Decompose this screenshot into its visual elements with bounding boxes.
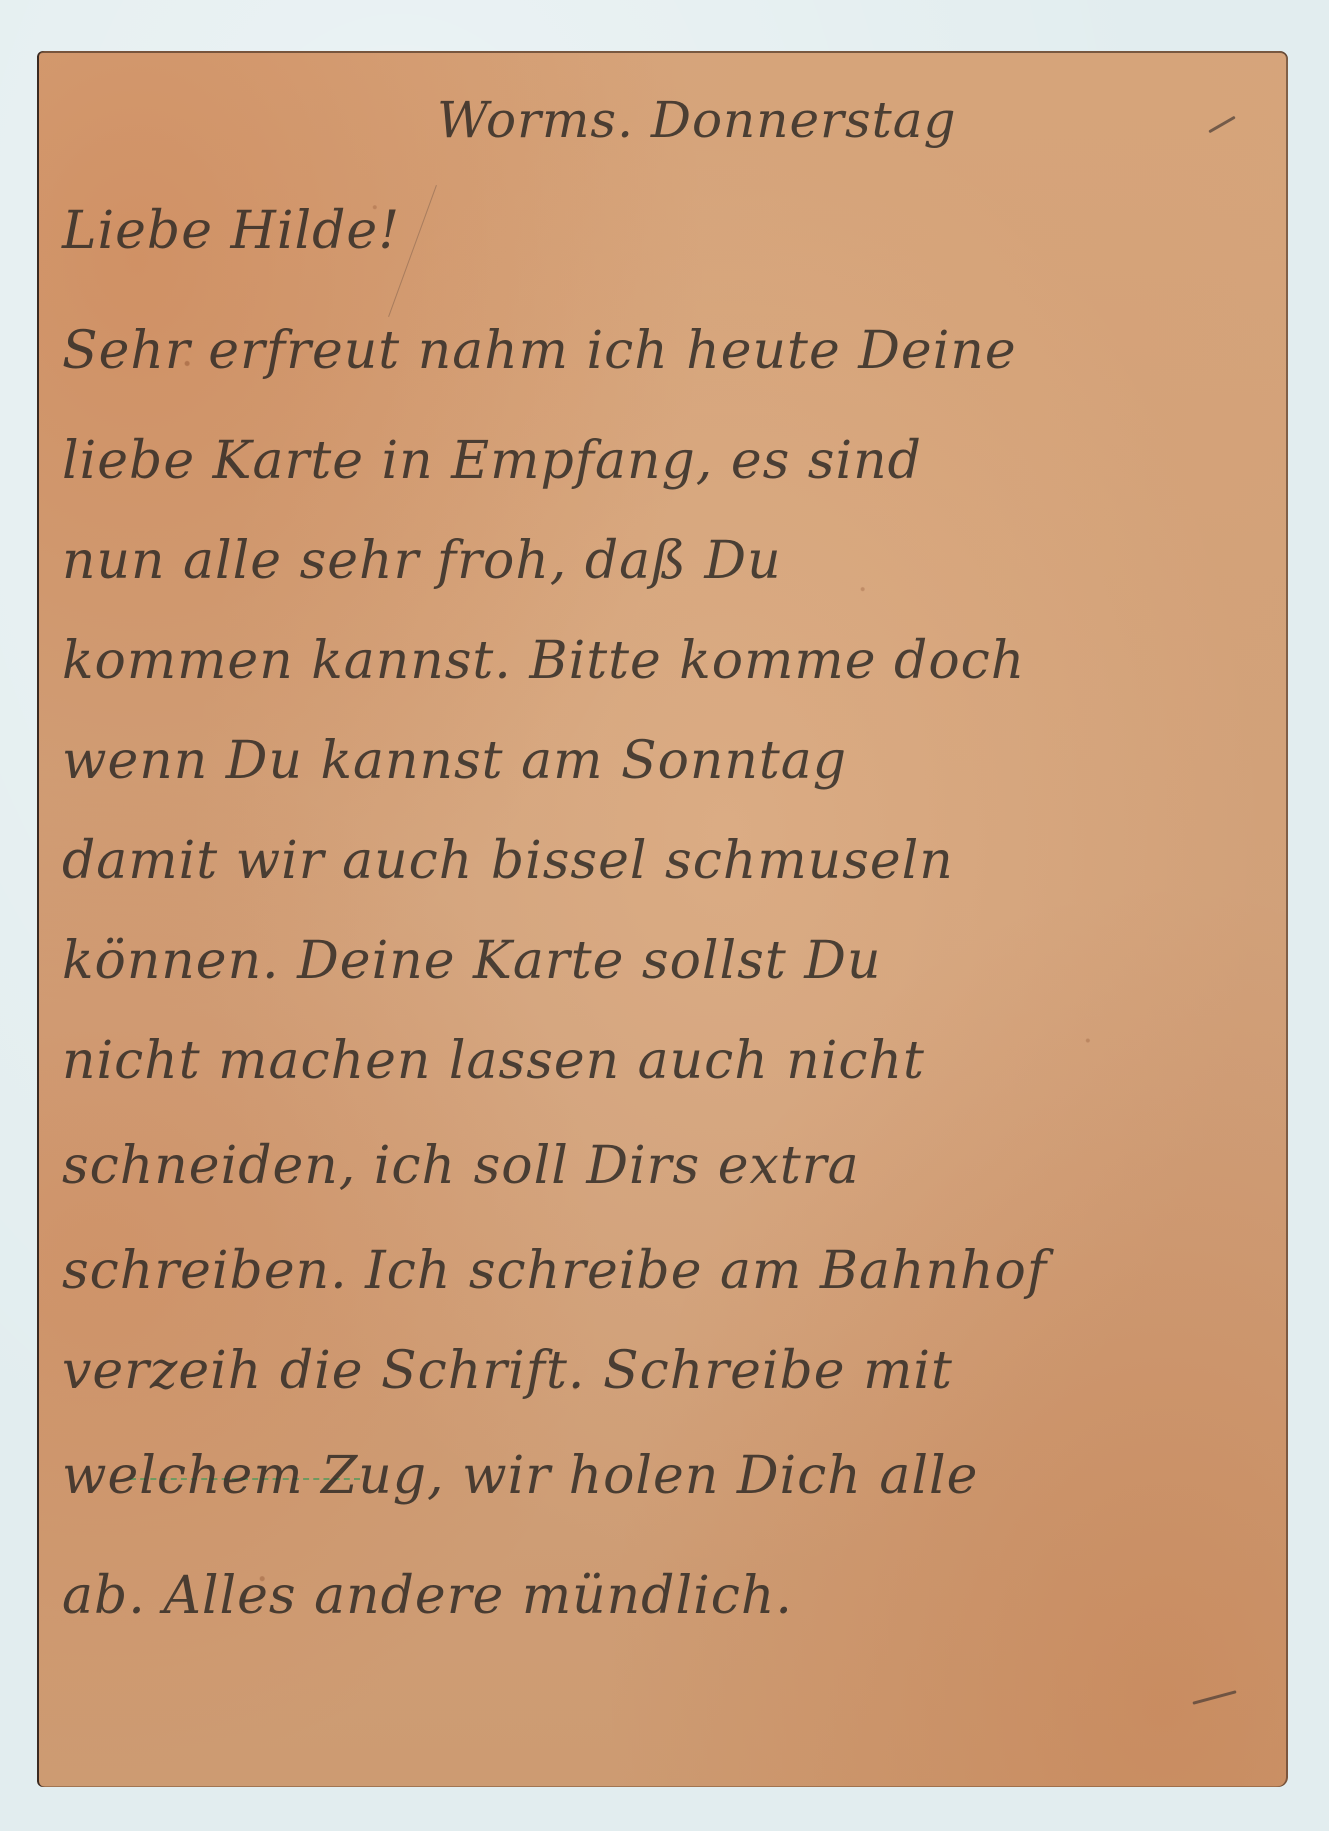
body-line: kommen kannst. Bitte komme doch <box>62 631 1025 691</box>
body-line: ab. Alles andere mündlich. <box>62 1566 793 1626</box>
pencil-mark <box>1192 1690 1236 1705</box>
body-line: schneiden, ich soll Dirs extra <box>62 1136 860 1196</box>
body-line: nun alle sehr froh, daß Du <box>62 531 782 591</box>
place-and-day: Worms. Donnerstag <box>437 91 957 149</box>
body-line: wenn Du kannst am Sonntag <box>62 731 847 791</box>
pencil-mark <box>1208 116 1235 134</box>
paper-texture <box>37 51 1288 1787</box>
body-line: nicht machen lassen auch nicht <box>62 1031 925 1091</box>
postcard: Worms. Donnerstag Liebe Hilde! Sehr erfr… <box>37 51 1288 1787</box>
body-line: Sehr erfreut nahm ich heute Deine <box>62 321 1017 381</box>
body-line: welchem Zug, wir holen Dich alle <box>62 1446 978 1506</box>
body-line: können. Deine Karte sollst Du <box>62 931 881 991</box>
salutation: Liebe Hilde! <box>62 201 400 261</box>
body-line: verzeih die Schrift. Schreibe mit <box>62 1341 953 1401</box>
body-line: schreiben. Ich schreibe am Bahnhof <box>62 1241 1047 1301</box>
body-line: damit wir auch bissel schmuseln <box>62 831 954 891</box>
body-line: liebe Karte in Empfang, es sind <box>62 431 922 491</box>
